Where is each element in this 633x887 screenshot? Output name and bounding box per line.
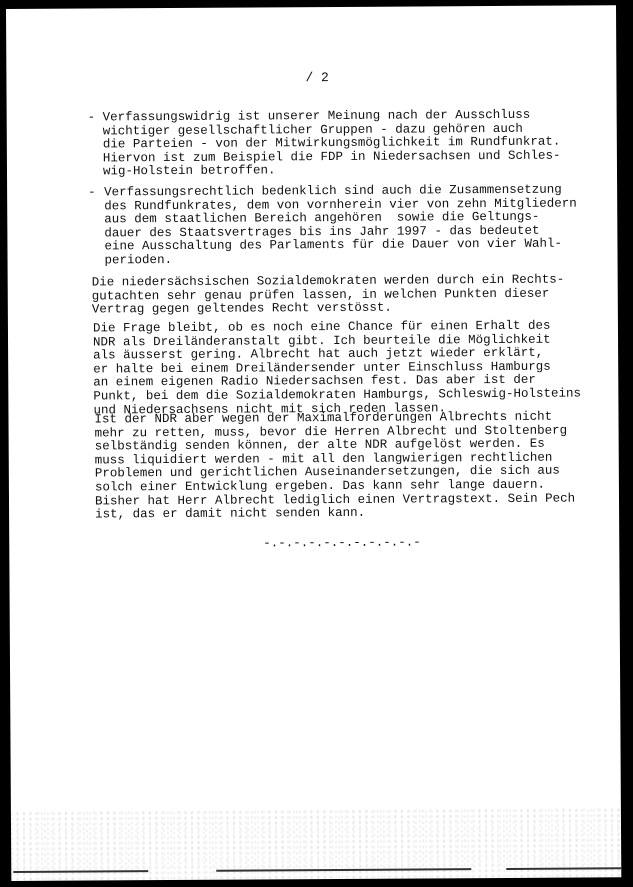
text-line: ist, das er damit nicht senden kann. [95, 506, 575, 523]
paragraph-2: Die Frage bleibt, ob es noch eine Chance… [93, 319, 581, 417]
page-number: / 2 [305, 71, 328, 85]
scanned-page: / 2 - Verfassungswidrig ist unserer Mein… [6, 5, 621, 881]
paragraph-3: Ist der NDR aber wegen der Maximalforder… [94, 411, 575, 523]
bullet-dash: - [88, 111, 96, 125]
text-line: Vertrag gegen geltendes Recht verstösst. [92, 301, 565, 317]
text-line: eine Ausschaltung des Parlaments für die… [104, 238, 577, 254]
separator-line: -.-.-.-.-.-.-.-.-.-.- [263, 536, 421, 551]
text-line: perioden. [105, 251, 578, 267]
bullet-item-1: Verfassungswidrig ist unserer Meinung na… [103, 109, 561, 180]
bullet-item-2: Verfassungsrechtlich bedenklich sind auc… [104, 184, 577, 268]
bullet-dash: - [88, 186, 96, 200]
text-line: wig-Holstein betroffen. [103, 163, 561, 179]
paragraph-1: Die niedersächsischen Sozialdemokraten w… [92, 274, 565, 318]
